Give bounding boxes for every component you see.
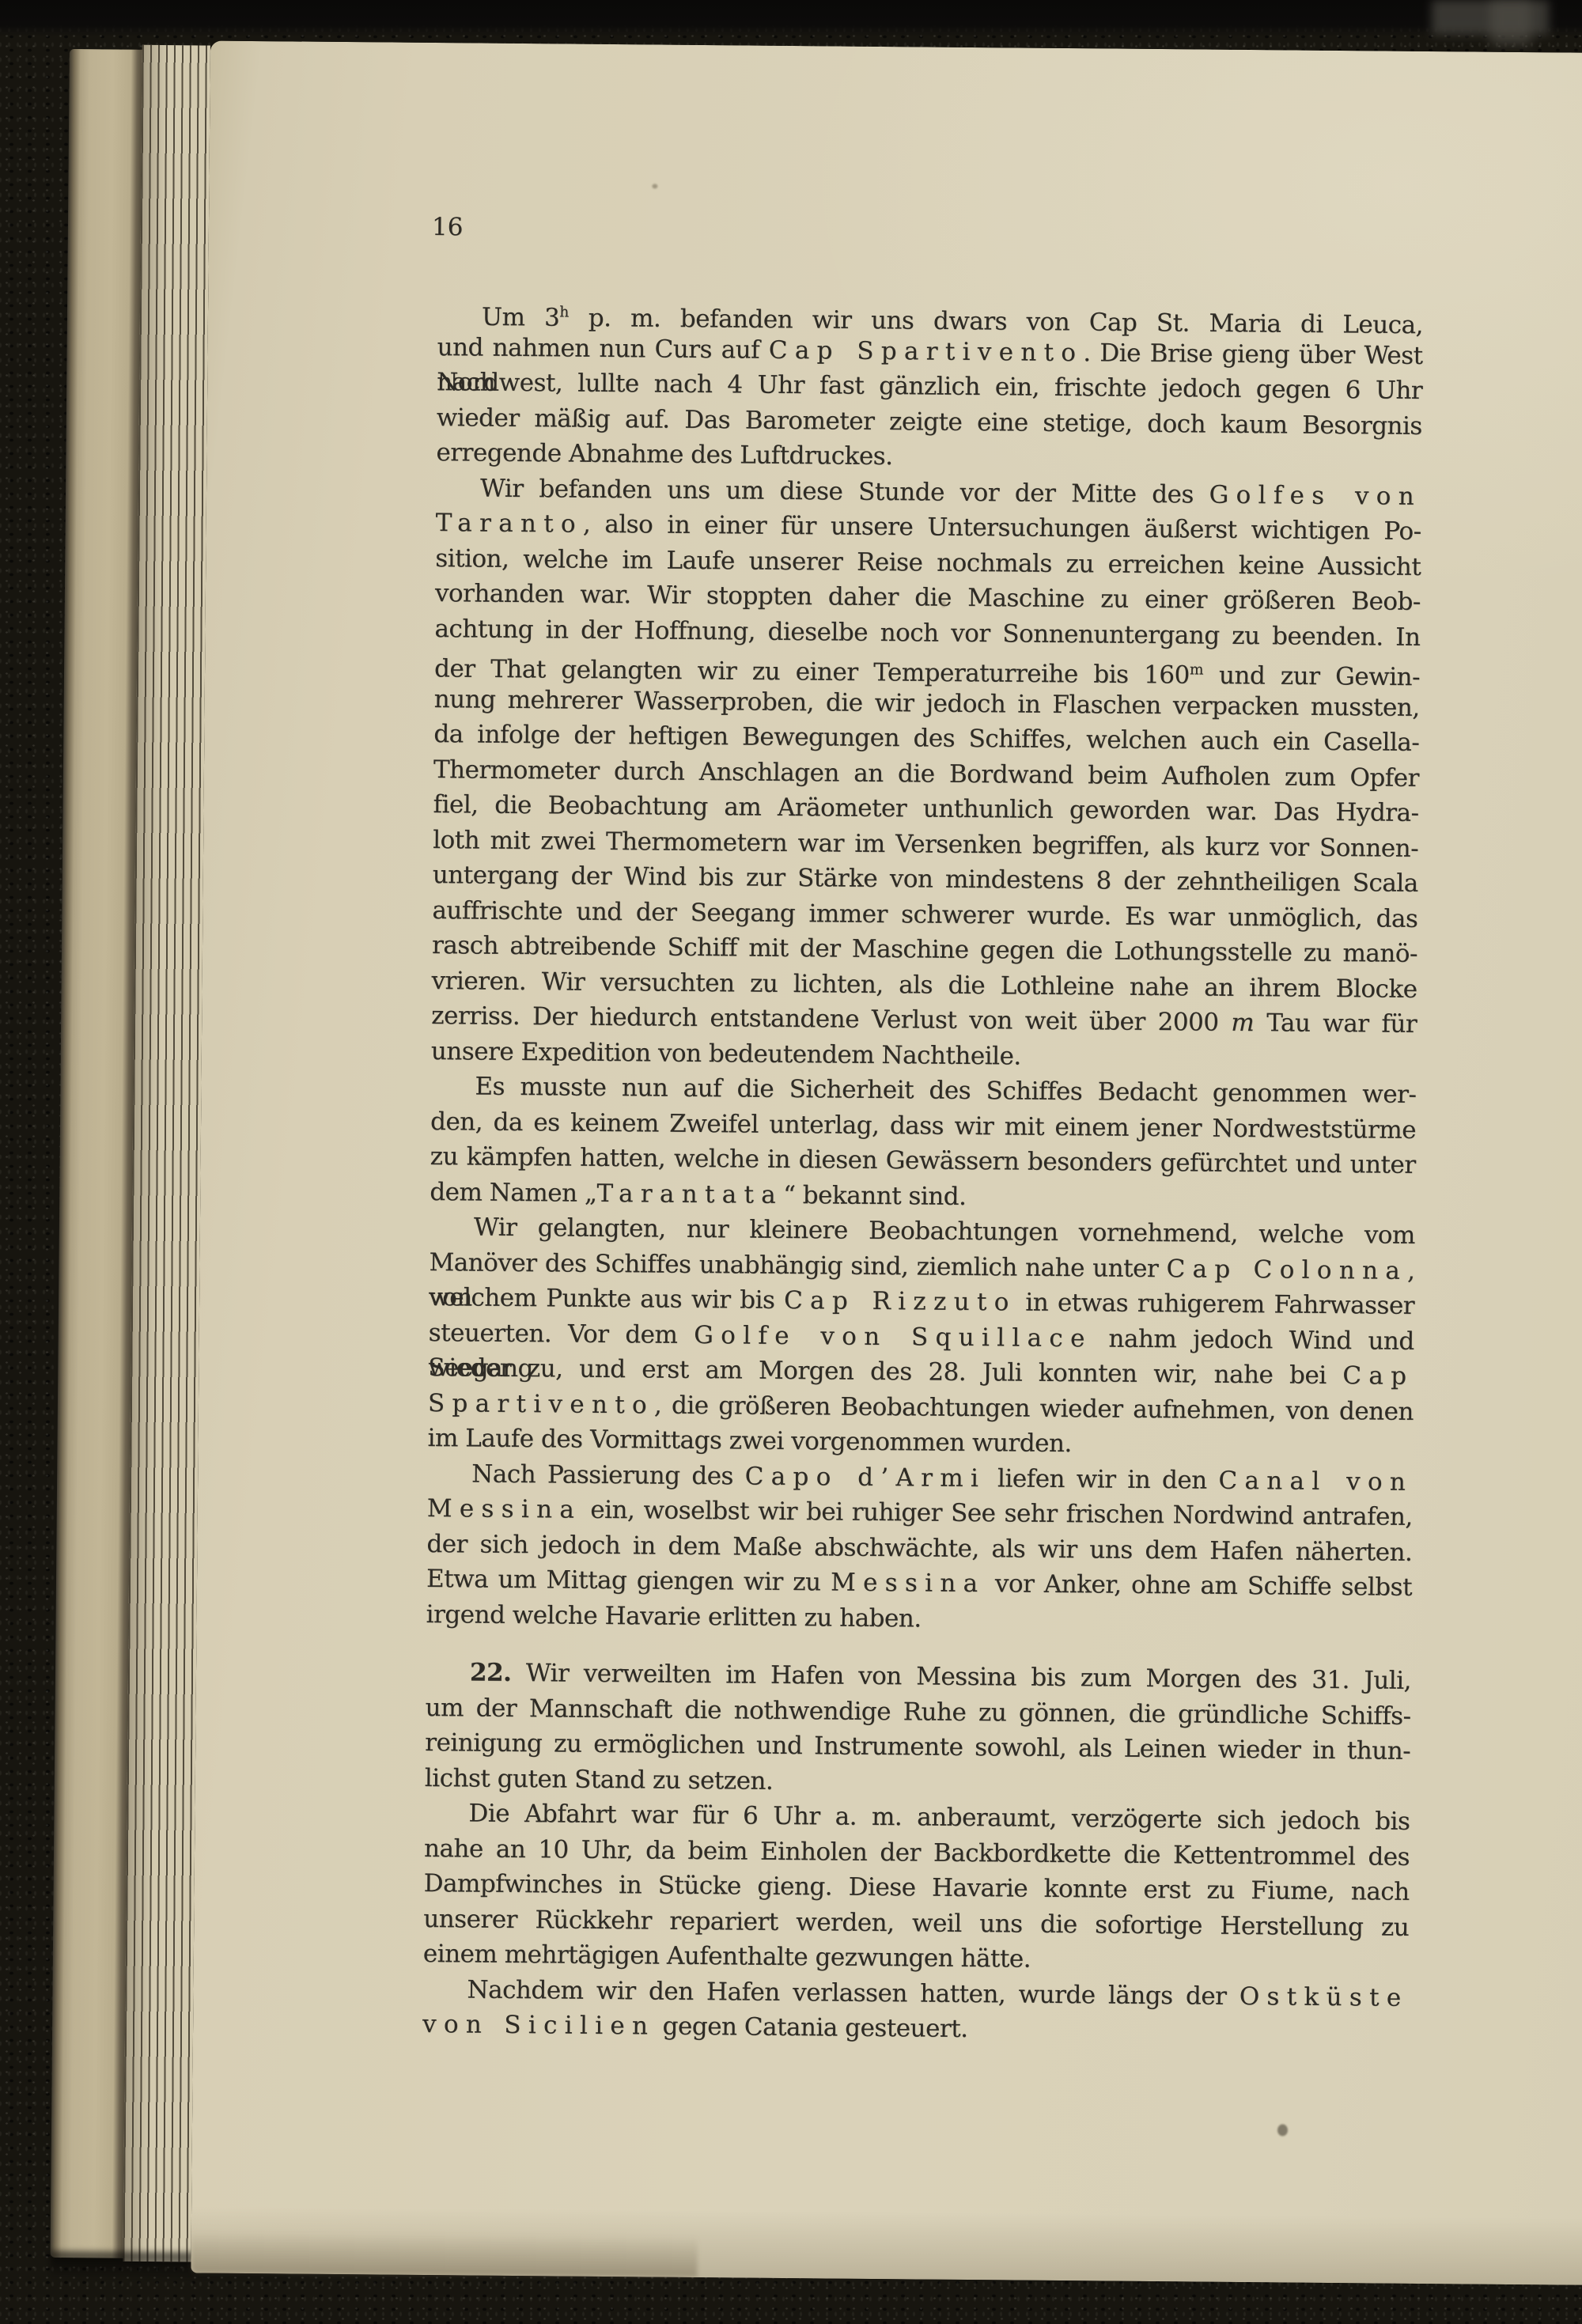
text-segment: zerriss. Der hiedurch entstandene Verlus… (431, 1001, 1231, 1037)
text-segment: wieder zu, und erst am Morgen des 28. Ju… (428, 1353, 1342, 1390)
letterspaced-name: Tarantata (596, 1179, 783, 1209)
text-segment: vorhanden war. Wir stoppten daher die Ma… (435, 579, 1421, 616)
text-segment: reinigung zu ermöglichen und Instrumente… (425, 1728, 1410, 1766)
text-segment: fiel, die Beobachtung am Aräometer unthu… (433, 790, 1418, 827)
paragraph: Nachdem wir den Hafen verlassen hatten, … (422, 1971, 1409, 2050)
text-segment: unsere Expedition von bedeutendem Nachth… (431, 1037, 1021, 1071)
text-segment: da infolge der heftigen Bewegungen des S… (433, 720, 1419, 757)
paragraph: Nach Passierung des Capo d’Armi liefen w… (426, 1456, 1413, 1641)
text-segment: Wir befanden uns um diese Stunde vor der… (480, 474, 1209, 509)
text-segment: , die größeren Beobachtungen wieder aufn… (654, 1391, 1414, 1425)
text-segment: gegen Catania gesteuert. (655, 2012, 968, 2043)
text-segment: sition, welche im Laufe unserer Reise no… (435, 544, 1421, 581)
letterspaced-name: Cap (1342, 1361, 1414, 1391)
text-segment: um der Mannschaft die nothwendige Ruhe z… (425, 1694, 1410, 1731)
page-text: Um 3h p. m. befanden wir uns dwars von C… (422, 294, 1423, 2050)
cover-top-band (0, 0, 1582, 36)
text-segment: Dampfwinches in Stücke gieng. Diese Hava… (424, 1869, 1410, 1906)
text-segment: m (1190, 661, 1204, 678)
text-segment: rasch abtreibende Schiff mit der Maschin… (432, 931, 1417, 968)
paragraph: Die Abfahrt war für 6 Uhr a. m. anberaum… (423, 1796, 1410, 1980)
paper-speck (652, 184, 657, 188)
text-segment: nahe an 10 Uhr, da beim Einholen der Bac… (424, 1834, 1410, 1871)
text-segment: in etwas ruhigerem Fahrwasser (1016, 1289, 1414, 1320)
text-segment: Etwa um Mittag giengen wir zu (426, 1565, 831, 1596)
open-book: 16 Um 3h p. m. befanden wir uns dwars vo… (50, 40, 1582, 2286)
letterspaced-name: Messina (831, 1568, 986, 1598)
letterspaced-name: Cap Colonna (1166, 1255, 1407, 1285)
text-segment: der sich jedoch in dem Maße abschwächte,… (426, 1530, 1412, 1567)
text-segment: vor Anker, ohne am Schiffe selbst (985, 1569, 1412, 1602)
text-segment: Nachdem wir den Hafen verlassen hatten, … (467, 1975, 1239, 2011)
paper-speck (1277, 2124, 1288, 2136)
text-segment: welchem Punkte aus wir bis (429, 1283, 784, 1315)
text-segment: vrieren. Wir versuchten zu lichten, als … (431, 967, 1417, 1004)
text-segment: unserer Rückkehr repariert werden, weil … (423, 1904, 1409, 1941)
text-segment: Es musste nun auf die Sicherheit des Sch… (475, 1073, 1416, 1109)
letterspaced-name: Taranto (436, 509, 584, 539)
text-segment: den, da es keinem Zweifel unterlag, dass… (430, 1107, 1416, 1145)
text-segment: einem mehrtägigen Aufenthalte gezwungen … (423, 1940, 1031, 1974)
text-segment: im Laufe des Vormittags zwei vorgenommen… (427, 1424, 1072, 1458)
text-segment: nung mehrerer Wasserproben, die wir jedo… (434, 685, 1420, 722)
paragraph: Es musste nun auf die Sicherheit des Sch… (430, 1069, 1417, 1218)
letterspaced-name: Canal von (1218, 1466, 1413, 1496)
text-segment: und zur Gewin- (1203, 661, 1420, 691)
text-segment: Nordwest, lullte nach 4 Uhr fast gänzlic… (437, 368, 1422, 405)
text-segment: liefen wir in den (986, 1464, 1219, 1495)
text-segment: , also in einer für unsere Untersuchunge… (583, 510, 1421, 546)
text-segment: auffrischte und der Seegang immer schwer… (432, 896, 1417, 933)
letterspaced-name: Spartivento (428, 1389, 654, 1419)
text-segment: Wir gelangten, nur kleinere Beobachtunge… (474, 1213, 1415, 1250)
text-segment: Wir verweilten im Hafen von Messina bis … (511, 1659, 1411, 1695)
text-segment: erregende Abnahme des Luftdruckes. (436, 438, 892, 471)
text-segment: 22. (470, 1658, 512, 1686)
text-segment: Nach Passierung des (471, 1459, 745, 1490)
text-segment: achtung in der Hoffnung, dieselbe noch v… (434, 615, 1420, 652)
text-segment: und nahmen nun Curs auf (437, 333, 769, 365)
paragraph: 22. Wir verweilten im Hafen von Messina … (425, 1655, 1412, 1804)
letterspaced-name: Cap Spartivento (769, 335, 1084, 366)
letterspaced-name: Capo d’Armi (745, 1462, 986, 1493)
scanned-book-photo: 16 Um 3h p. m. befanden wir uns dwars vo… (0, 0, 1582, 2324)
book-page: 16 Um 3h p. m. befanden wir uns dwars vo… (191, 41, 1582, 2287)
paragraph: Wir gelangten, nur kleinere Beobachtunge… (427, 1209, 1415, 1464)
text-segment: Thermometer durch Anschlagen an die Bord… (433, 755, 1419, 793)
letterspaced-name: Golfes von (1209, 480, 1421, 510)
cover-reflection (1490, 0, 1531, 46)
text-segment: untergang der Wind bis zur Stärke von mi… (433, 861, 1418, 898)
text-segment: loth mit zwei Thermometern war im Versen… (433, 826, 1418, 863)
text-segment: “ bekannt sind. (783, 1180, 967, 1210)
text-segment: steuerten. Vor dem (429, 1319, 694, 1349)
text-segment: dem Namen „ (430, 1178, 596, 1208)
paragraph: Um 3h p. m. befanden wir uns dwars von C… (436, 294, 1423, 479)
text-segment: Die Abfahrt war für 6 Uhr a. m. anberaum… (468, 1799, 1410, 1835)
letterspaced-name: Ostküste (1239, 1981, 1409, 2012)
letterspaced-name: Messina (427, 1494, 582, 1524)
text-segment: Manöver des Schiffes unabhängig sind, zi… (429, 1248, 1166, 1283)
letterspaced-name: von Sicilien (422, 2010, 655, 2041)
text-segment: m (1231, 1009, 1254, 1037)
letterspaced-name: Golfe von Squillace (694, 1320, 1092, 1352)
paper-speck (941, 601, 946, 607)
text-segment: irgend welche Havarie erlitten zu haben. (426, 1600, 921, 1633)
text-segment: Um 3 (482, 303, 560, 332)
text-segment: zu kämpfen hatten, welche in diesen Gewä… (430, 1142, 1416, 1179)
text-segment: wieder mäßig auf. Das Barometer zeigte e… (437, 403, 1422, 441)
text-segment: Tau war für (1254, 1009, 1417, 1039)
page-curl-shadow (191, 2231, 697, 2277)
paragraph: Wir befanden uns um diese Stunde vor der… (431, 471, 1422, 1077)
text-segment: h (559, 304, 569, 320)
letterspaced-name: Cap Rizzuto (784, 1286, 1016, 1317)
text-segment: ein, woselbst wir bei ruhiger See sehr f… (581, 1496, 1413, 1531)
text-segment: lichst guten Stand zu setzen. (425, 1764, 774, 1796)
page-number: 16 (432, 213, 464, 241)
